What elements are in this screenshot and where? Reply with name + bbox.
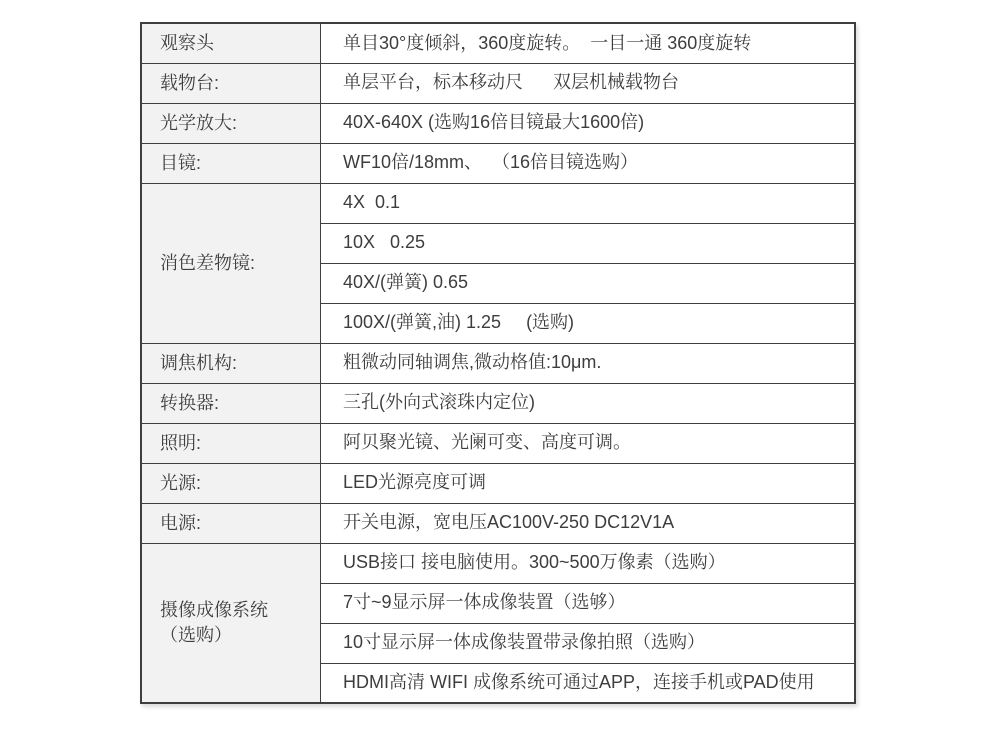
spec-label-nosepiece: 转换器: <box>141 383 321 423</box>
spec-table-container: 观察头 单目30°度倾斜，360度旋转。 一目一通 360度旋转 载物台: 单层… <box>140 22 856 704</box>
spec-value-observation-head: 单目30°度倾斜，360度旋转。 一目一通 360度旋转 <box>321 23 856 63</box>
table-row: 摄像成像系统 （选购） USB接口 接电脑使用。300~500万像素（选购） <box>141 543 855 583</box>
table-row: 照明: 阿贝聚光镜、光阑可变、高度可调。 <box>141 423 855 463</box>
spec-label-achromatic-objective: 消色差物镜: <box>141 183 321 343</box>
table-row: 目镜: WF10倍/18mm、 （16倍目镜选购） <box>141 143 855 183</box>
table-row: 消色差物镜: 4X 0.1 <box>141 183 855 223</box>
spec-label-illumination: 照明: <box>141 423 321 463</box>
spec-label-power-supply: 电源: <box>141 503 321 543</box>
spec-label-light-source: 光源: <box>141 463 321 503</box>
table-row: 观察头 单目30°度倾斜，360度旋转。 一目一通 360度旋转 <box>141 23 855 63</box>
table-row: 调焦机构: 粗微动同轴调焦,微动格值:10μm. <box>141 343 855 383</box>
spec-value-optical-magnification: 40X-640X (选购16倍目镜最大1600倍) <box>321 103 856 143</box>
spec-value-light-source: LED光源亮度可调 <box>321 463 856 503</box>
spec-value-objective-100x: 100X/(弹簧,油) 1.25 (选购) <box>321 303 856 343</box>
spec-label-stage: 载物台: <box>141 63 321 103</box>
spec-value-hdmi-wifi-system: HDMI高清 WIFI 成像系统可通过APP，连接手机或PAD使用 <box>321 663 856 703</box>
spec-value-objective-4x: 4X 0.1 <box>321 183 856 223</box>
spec-table: 观察头 单目30°度倾斜，360度旋转。 一目一通 360度旋转 载物台: 单层… <box>140 22 856 704</box>
spec-value-7-9inch-screen: 7寸~9显示屏一体成像装置（选够） <box>321 583 856 623</box>
table-row: 载物台: 单层平台，标本移动尺 双层机械载物台 <box>141 63 855 103</box>
table-row: 转换器: 三孔(外向式滚珠内定位) <box>141 383 855 423</box>
spec-value-objective-10x: 10X 0.25 <box>321 223 856 263</box>
spec-value-usb-camera: USB接口 接电脑使用。300~500万像素（选购） <box>321 543 856 583</box>
spec-value-power-supply: 开关电源，宽电压AC100V-250 DC12V1A <box>321 503 856 543</box>
spec-label-observation-head: 观察头 <box>141 23 321 63</box>
spec-value-eyepiece: WF10倍/18mm、 （16倍目镜选购） <box>321 143 856 183</box>
spec-label-focusing-mechanism: 调焦机构: <box>141 343 321 383</box>
spec-label-eyepiece: 目镜: <box>141 143 321 183</box>
spec-value-focusing-mechanism: 粗微动同轴调焦,微动格值:10μm. <box>321 343 856 383</box>
table-row: 光源: LED光源亮度可调 <box>141 463 855 503</box>
spec-value-objective-40x: 40X/(弹簧) 0.65 <box>321 263 856 303</box>
spec-value-10inch-screen: 10寸显示屏一体成像装置带录像拍照（选购） <box>321 623 856 663</box>
spec-label-camera-imaging-system: 摄像成像系统 （选购） <box>141 543 321 703</box>
table-row: 光学放大: 40X-640X (选购16倍目镜最大1600倍) <box>141 103 855 143</box>
spec-value-illumination: 阿贝聚光镜、光阑可变、高度可调。 <box>321 423 856 463</box>
table-row: 电源: 开关电源，宽电压AC100V-250 DC12V1A <box>141 503 855 543</box>
spec-label-optical-magnification: 光学放大: <box>141 103 321 143</box>
spec-value-stage: 单层平台，标本移动尺 双层机械载物台 <box>321 63 856 103</box>
spec-value-nosepiece: 三孔(外向式滚珠内定位) <box>321 383 856 423</box>
